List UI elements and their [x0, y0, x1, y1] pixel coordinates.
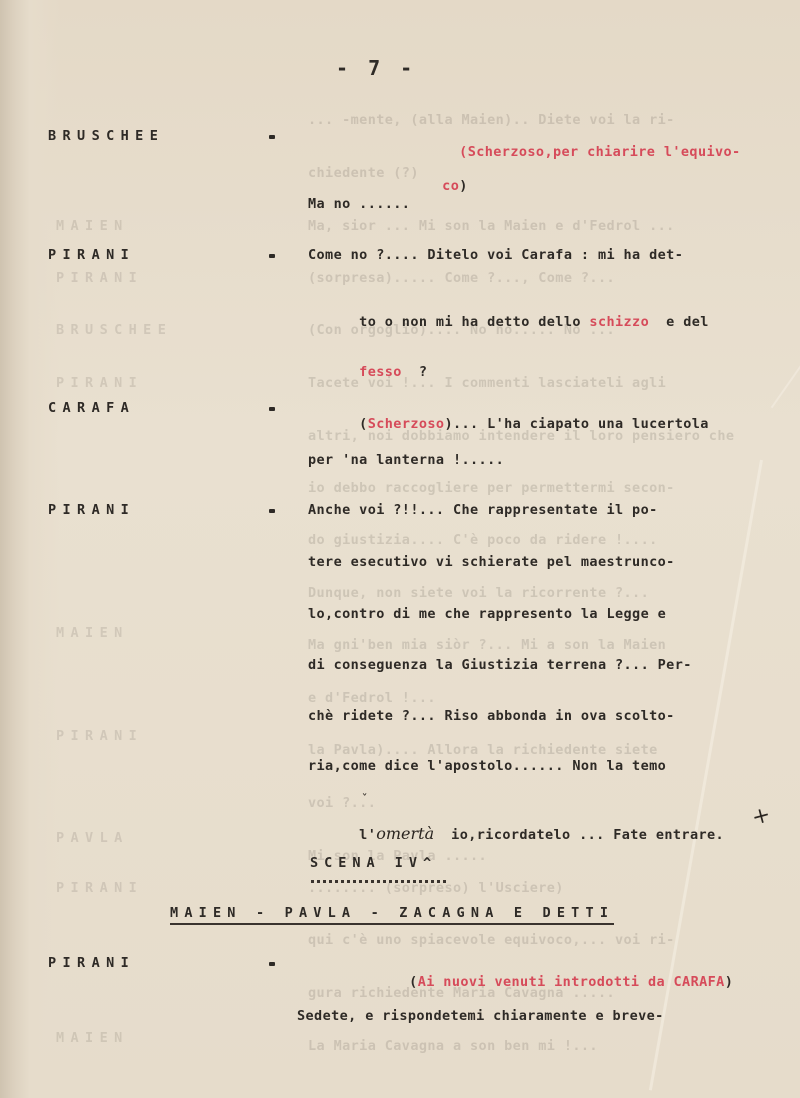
ghost-speaker: PIRANI — [56, 880, 143, 896]
speaker-dash — [269, 254, 275, 258]
dialogue-line: Sedete, e rispondetemi chiaramente e bre… — [297, 1008, 664, 1024]
text-segment: Scherzoso — [368, 416, 445, 432]
handwritten-correction: omertà — [376, 824, 434, 843]
dialogue-line: per 'na lanterna !..... — [308, 452, 504, 468]
speaker-name: BRUSCHEE — [48, 128, 164, 144]
text-segment: ( — [359, 416, 368, 432]
text-segment: )... L'ha ciapato una lucertola — [444, 416, 708, 432]
text-segment: Ai nuovi venuti introdotti da CARAFA — [418, 974, 725, 990]
dialogue-line: (Scherzoso)... L'ha ciapato una lucertol… — [308, 400, 709, 448]
ghost-line: Ma gni'ben mia siòr ?... Mi a son la Mai… — [308, 637, 666, 653]
text-segment: io,ricordatelo ... Fate entrare. — [434, 827, 724, 843]
speaker-name: PIRANI — [48, 955, 135, 971]
scene-title: SCENA IV^ — [310, 855, 437, 871]
dialogue-line: Come no ?.... Ditelo voi Carafa : mi ha … — [308, 247, 683, 263]
dialogue-line: to o non mi ha detto dello schizzo e del — [308, 298, 709, 346]
ghost-speaker: MAIEN — [56, 625, 129, 641]
ghost-line: e d'Fedrol !... — [308, 690, 436, 706]
stage-direction: (Ai nuovi venuti introdotti da CARAFA) — [358, 958, 733, 1006]
ghost-line: ... -mente, (alla Maien).. Diete voi la … — [308, 112, 675, 128]
dialogue-line: Ma no ...... — [308, 196, 410, 212]
speaker-dash — [269, 135, 275, 139]
speaker-name: PIRANI — [48, 502, 135, 518]
text-segment: ) — [459, 178, 468, 194]
dialogue-line: chè ridete ?... Riso abbonda in ova scol… — [308, 708, 675, 724]
ghost-line: la Pavla).... Allora la richiedente siet… — [308, 742, 658, 758]
speaker-name: CARAFA — [48, 400, 135, 416]
ghost-line: Ma, sior ... Mi son la Maien e d'Fedrol … — [308, 218, 675, 234]
text-segment: (Scherzoso,per chiarire l'equivo- — [459, 144, 740, 160]
dialogue-line: fesso ? — [308, 348, 427, 396]
page-number: - 7 - — [336, 56, 416, 80]
dialogue-line: di conseguenza la Giustizia terrena ?...… — [308, 657, 692, 673]
text-segment: fesso — [359, 364, 402, 380]
margin-cross-mark: + — [749, 802, 773, 831]
text-segment: co — [442, 178, 459, 194]
speaker-name: PIRANI — [48, 247, 135, 263]
dialogue-line: Anche voi ?!!... Che rappresentate il po… — [308, 502, 658, 518]
ghost-line: (sorpresa)..... Come ?..., Come ?... — [308, 270, 615, 286]
text-segment: to o non mi ha detto dello — [359, 314, 589, 330]
ghost-line: io debbo raccogliere per permettermi sec… — [308, 480, 675, 496]
ghost-line: La Maria Cavagna a son ben mi !... — [308, 1038, 598, 1054]
text-segment: ? — [402, 364, 428, 380]
ghost-speaker: PIRANI — [56, 270, 143, 286]
ghost-speaker: PIRANI — [56, 375, 143, 391]
speaker-dash — [269, 962, 275, 966]
ghost-line: do giustizia.... C'è poco da ridere !...… — [308, 532, 658, 548]
text-segment: e del — [649, 314, 709, 330]
speaker-dash — [269, 509, 275, 513]
scene-title-rule — [311, 880, 446, 883]
dialogue-line: tere esecutivo vi schierate pel maestrun… — [308, 554, 675, 570]
speaker-dash — [269, 407, 275, 411]
ghost-speaker: MAIEN — [56, 218, 129, 234]
ghost-speaker: PIRANI — [56, 728, 143, 744]
ghost-speaker: PAVLA — [56, 830, 129, 846]
text-segment: ) — [725, 974, 734, 990]
handwritten-accent-mark: ˇ — [361, 792, 368, 806]
ghost-speaker: BRUSCHEE — [56, 322, 172, 338]
dialogue-line: l'omertà io,ricordatelo ... Fate entrare… — [308, 808, 724, 859]
paper-crease — [771, 79, 800, 408]
scene-cast-list: MAIEN - PAVLA - ZACAGNA E DETTI — [170, 905, 614, 925]
ghost-speaker: MAIEN — [56, 1030, 129, 1046]
text-segment: ( — [409, 974, 418, 990]
dialogue-line: ria,come dice l'apostolo...... Non la te… — [308, 758, 666, 774]
text-segment: schizzo — [589, 314, 649, 330]
ghost-line: Dunque, non siete voi la ricorrente ?... — [308, 585, 649, 601]
text-segment: l' — [359, 827, 376, 843]
ghost-line: qui c'è uno spiacevole equivoco,... voi … — [308, 932, 675, 948]
dialogue-line: lo,contro di me che rappresento la Legge… — [308, 606, 666, 622]
